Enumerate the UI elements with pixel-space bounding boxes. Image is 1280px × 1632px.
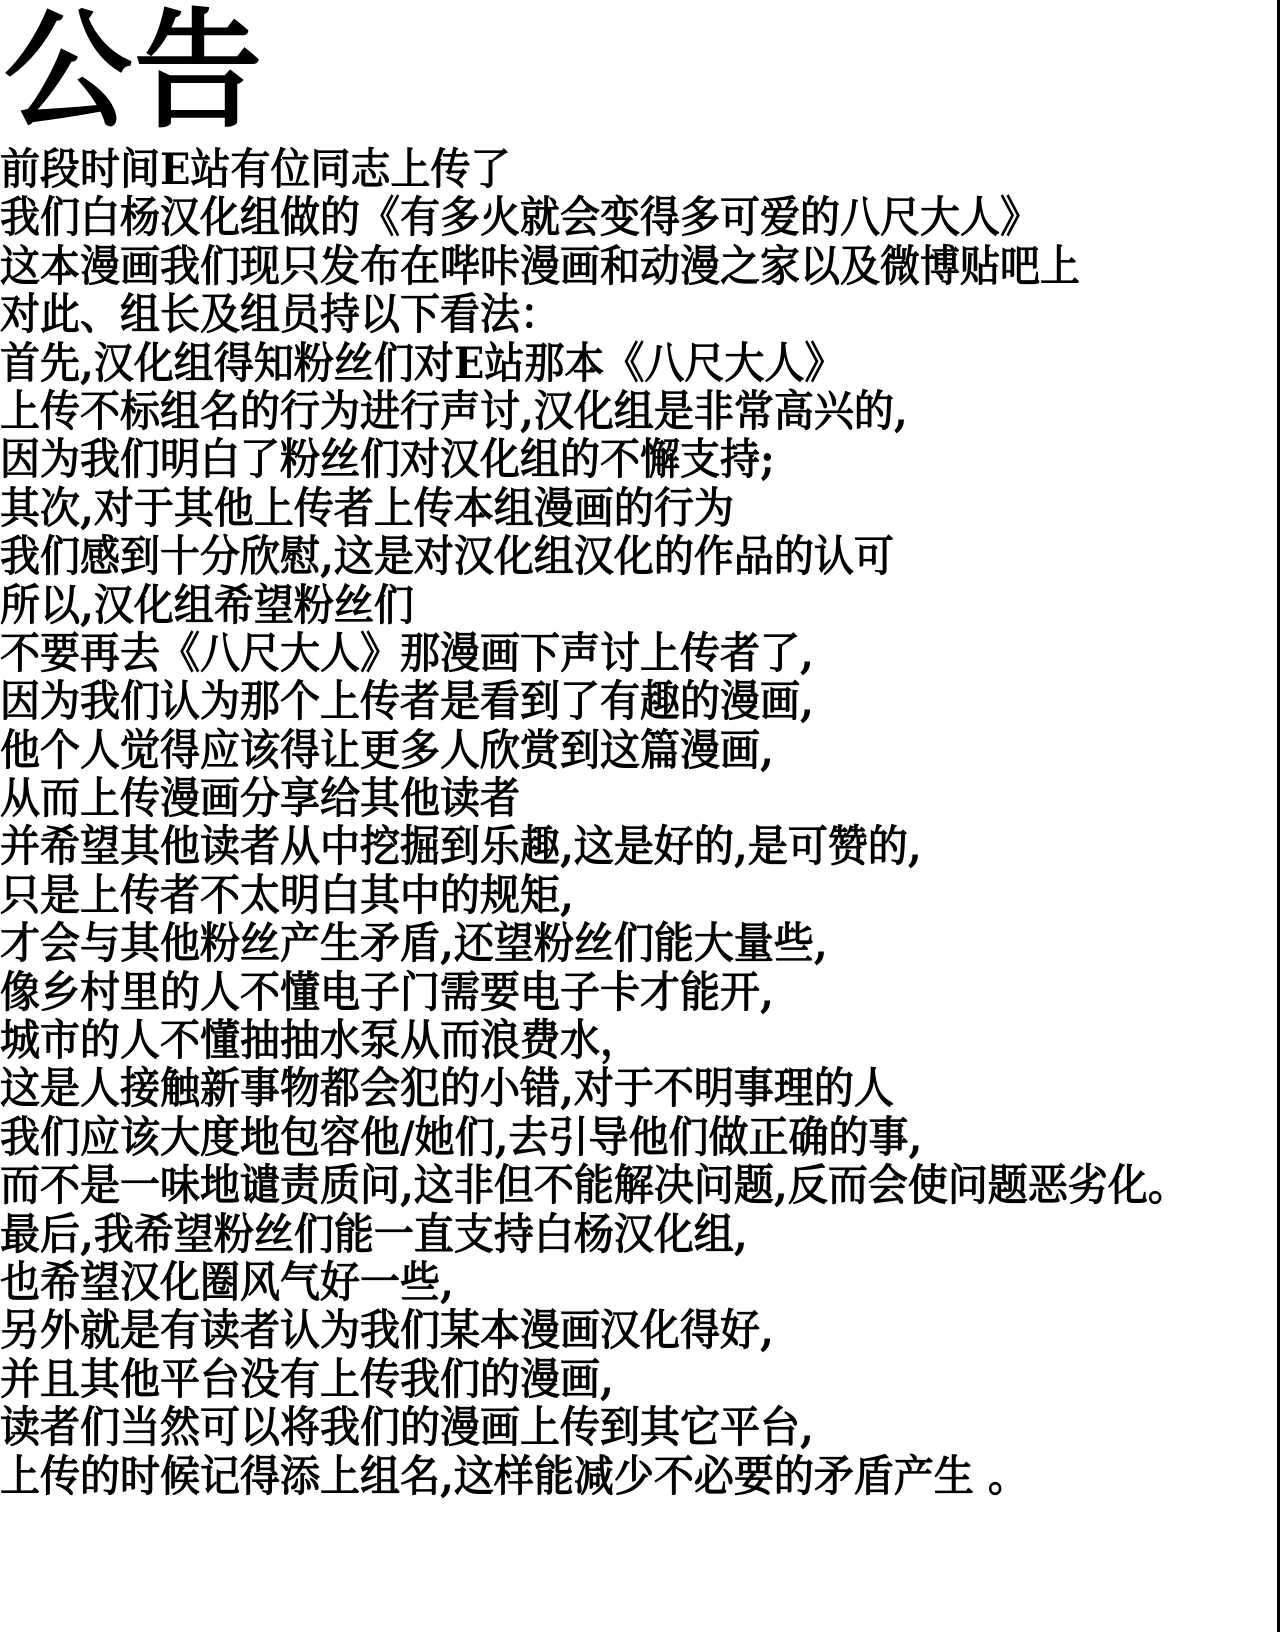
body-line: 城市的人不懂抽抽水泵从而浪费水，: [0, 1015, 1276, 1067]
body-line: 从而上传漫画分享给其他读者: [0, 773, 1276, 825]
body-line: 并希望其他读者从中挖掘到乐趣,这是好的,是可赞的,: [0, 821, 1276, 873]
body-line: 也希望汉化圈风气好一些,: [0, 1257, 1276, 1309]
body-line: 才会与其他粉丝产生矛盾,还望粉丝们能大量些,: [0, 918, 1276, 970]
body-line: 上传的时候记得添上组名,这样能减少不必要的矛盾产生 。: [0, 1451, 1276, 1503]
body-line: 这本漫画我们现只发布在哔咔漫画和动漫之家以及微博贴吧上: [0, 241, 1276, 293]
body-line: 他个人觉得应该得让更多人欣赏到这篇漫画,: [0, 725, 1276, 777]
body-line: 读者们当然可以将我们的漫画上传到其它平台,: [0, 1402, 1276, 1454]
body-line: 上传不标组名的行为进行声讨,汉化组是非常高兴的,: [0, 386, 1276, 438]
announcement-title: 公告: [4, 4, 264, 140]
body-line: 首先,汉化组得知粉丝们对E站那本《八尺大人》: [0, 338, 1276, 390]
body-line: 像乡村里的人不懂电子门需要电子卡才能开,: [0, 967, 1276, 1019]
body-line: 而不是一味地谴责质问,这非但不能解决问题,反而会使问题恶劣化。: [0, 1160, 1276, 1212]
body-line: 不要再去《八尺大人》那漫画下声讨上传者了,: [0, 628, 1276, 680]
body-line: 所以,汉化组希望粉丝们: [0, 580, 1276, 632]
body-line: 我们白杨汉化组做的《有多火就会变得多可爱的八尺大人》: [0, 192, 1276, 244]
announcement-body: 前段时间E站有位同志上传了 我们白杨汉化组做的《有多火就会变得多可爱的八尺大人》…: [0, 144, 1276, 1499]
body-line: 其次,对于其他上传者上传本组漫画的行为: [0, 483, 1276, 535]
body-line: 另外就是有读者认为我们某本漫画汉化得好,: [0, 1305, 1276, 1357]
body-line: 因为我们认为那个上传者是看到了有趣的漫画,: [0, 676, 1276, 728]
body-line: 最后,我希望粉丝们能一直支持白杨汉化组,: [0, 1209, 1276, 1261]
body-line: 前段时间E站有位同志上传了: [0, 144, 1276, 196]
body-line: 只是上传者不太明白其中的规矩,: [0, 870, 1276, 922]
body-line: 因为我们明白了粉丝们对汉化组的不懈支持;: [0, 434, 1276, 486]
body-line: 我们应该大度地包容他/她们,去引导他们做正确的事,: [0, 1112, 1276, 1164]
body-line: 对此、组长及组员持以下看法：: [0, 289, 1276, 341]
body-line: 这是人接触新事物都会犯的小错,对于不明事理的人: [0, 1063, 1276, 1115]
body-line: 并且其他平台没有上传我们的漫画,: [0, 1354, 1276, 1406]
body-line: 我们感到十分欣慰,这是对汉化组汉化的作品的认可: [0, 531, 1276, 583]
